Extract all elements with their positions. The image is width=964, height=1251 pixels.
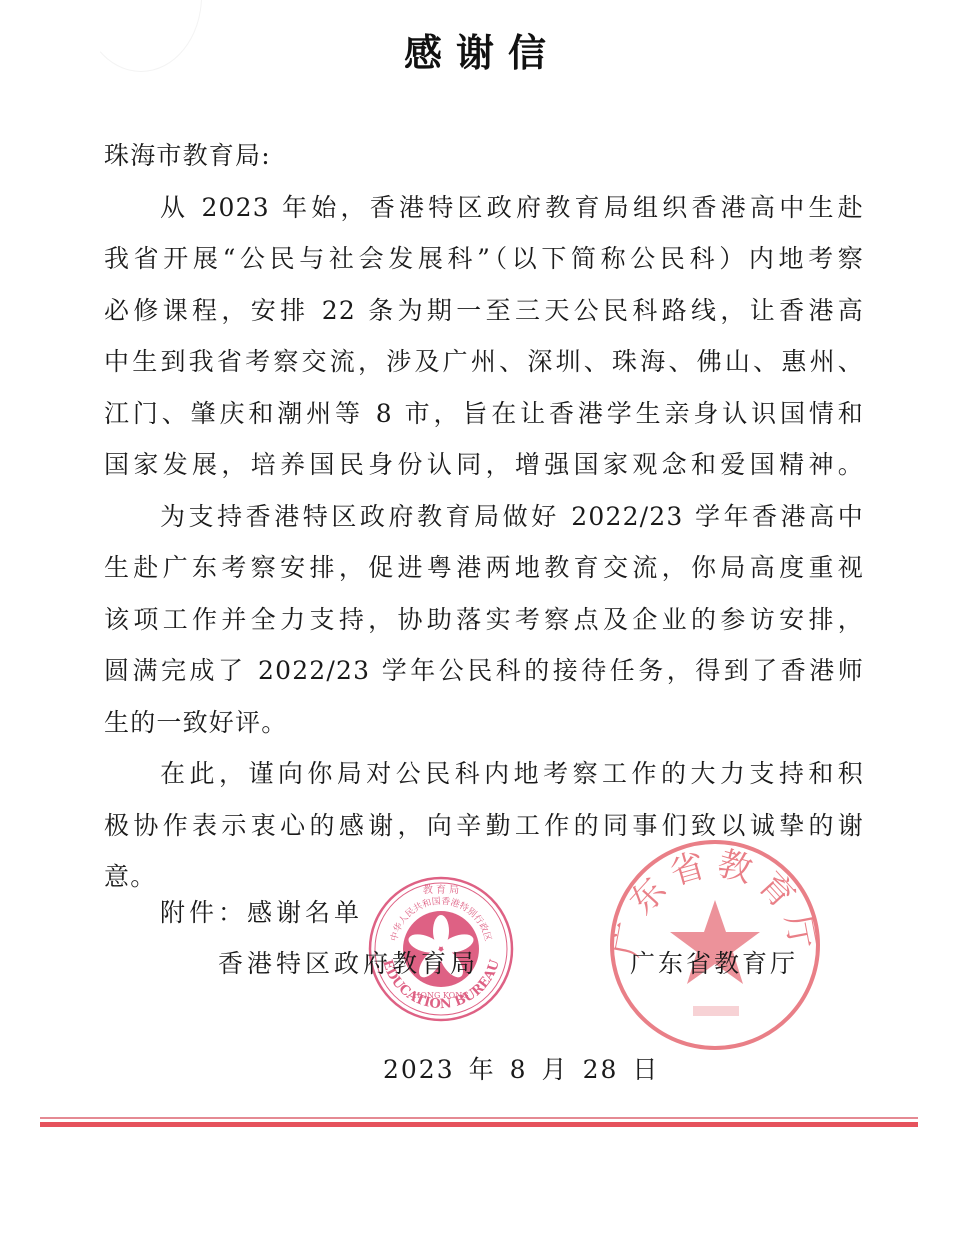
paragraph-line: 生的一致好评。 [104,697,864,749]
paragraph-line: 生赴广东考察安排，促进粤港两地教育交流，你局高度重视 [104,542,864,594]
paragraph-2: 为支持香港特区政府教育局做好 2022/23 学年香港高中 生赴广东考察安排，促… [104,491,864,749]
paragraph-line: 在此，谨向你局对公民科内地考察工作的大力支持和积 [104,748,864,800]
svg-text:教 育 局: 教 育 局 [423,883,459,896]
paragraph-line: 江门、肇庆和潮州等 8 市，旨在让香港学生亲身认识国情和 [104,388,864,440]
paragraph-line: 为支持香港特区政府教育局做好 2022/23 学年香港高中 [104,491,864,543]
paragraph-1: 从 2023 年始，香港特区政府教育局组织香港高中生赴 我省开展“公民与社会发展… [104,182,864,491]
paragraph-line: 国家发展，培养国民身份认同，增强国家观念和爱国精神。 [104,439,864,491]
paragraph-line: 该项工作并全力支持，协助落实考察点及企业的参访安排， [104,594,864,646]
date-day: 28 [583,1055,619,1084]
paragraph-line: 必修课程，安排 22 条为期一至三天公民科路线，让香港高 [104,285,864,337]
date-day-unit: 日 [632,1055,659,1084]
letter-body: 珠海市教育局: 从 2023 年始，香港特区政府教育局组织香港高中生赴 我省开展… [104,130,864,903]
attachment-note: 附件：感谢名单 [160,893,363,929]
date-month: 8 [510,1055,528,1084]
letter-date: 2023年8月28日 [383,1050,673,1086]
footer-rule-thin [40,1117,918,1119]
salutation: 珠海市教育局: [104,130,864,182]
svg-text:HONG KONG: HONG KONG [413,991,468,1000]
paragraph-line: 圆满完成了 2022/23 学年公民科的接待任务，得到了香港师 [104,645,864,697]
sender-gd-education-department: 广东省教育厅 [630,944,798,980]
date-month-unit: 月 [542,1055,569,1084]
paragraph-line: 从 2023 年始，香港特区政府教育局组织香港高中生赴 [104,182,864,234]
paragraph-line: 我省开展“公民与社会发展科”（以下简称公民科）内地考察 [104,233,864,285]
footer-rule-thick [40,1122,918,1127]
letter-title: 感谢信 [0,22,964,77]
date-year: 2023 [383,1055,455,1084]
date-year-unit: 年 [469,1055,496,1084]
paragraph-line: 中生到我省考察交流，涉及广州、深圳、珠海、佛山、惠州、 [104,336,864,388]
sender-hk-education-bureau: 香港特区政府教育局 [218,944,479,980]
